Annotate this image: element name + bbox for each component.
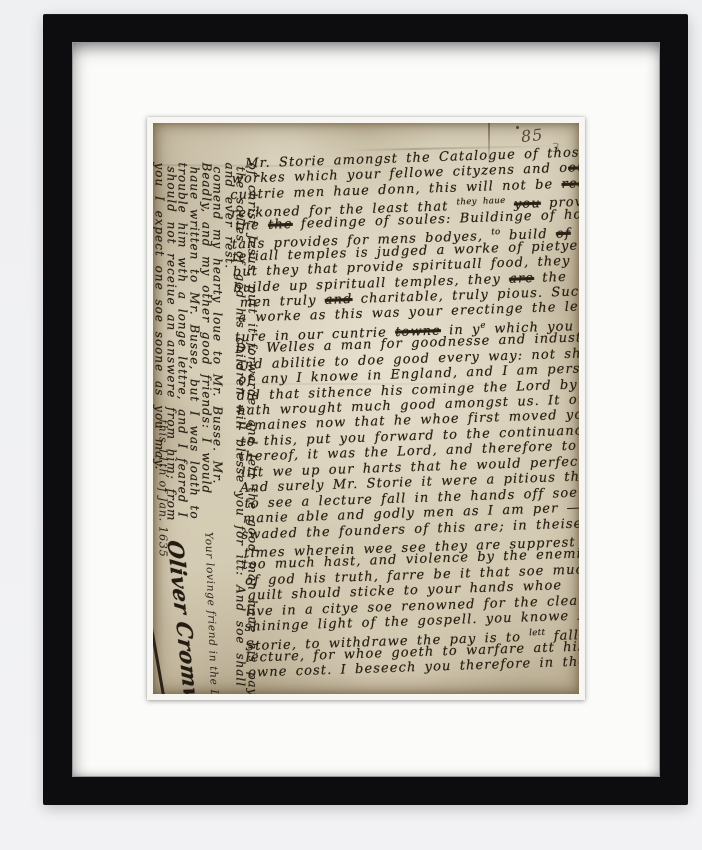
- manuscript-paper: 85 3 Mr. Storie amongst the Catalogue of…: [153, 123, 579, 694]
- framed-print: 85 3 Mr. Storie amongst the Catalogue of…: [0, 0, 702, 850]
- frame: 85 3 Mr. Storie amongst the Catalogue of…: [43, 14, 688, 805]
- ink-dot: [516, 126, 519, 129]
- folio-number: 85: [520, 126, 544, 146]
- date-line: this 11th of Jan. 1635: [156, 420, 169, 570]
- margin-line: of christ Jesus, putt it forwarde, and l…: [246, 163, 258, 695]
- print: 85 3 Mr. Storie amongst the Catalogue of…: [147, 117, 585, 700]
- letter-body: Mr. Storie amongst the Catalogue of thos…: [229, 145, 579, 681]
- mat: 85 3 Mr. Storie amongst the Catalogue of…: [73, 43, 659, 776]
